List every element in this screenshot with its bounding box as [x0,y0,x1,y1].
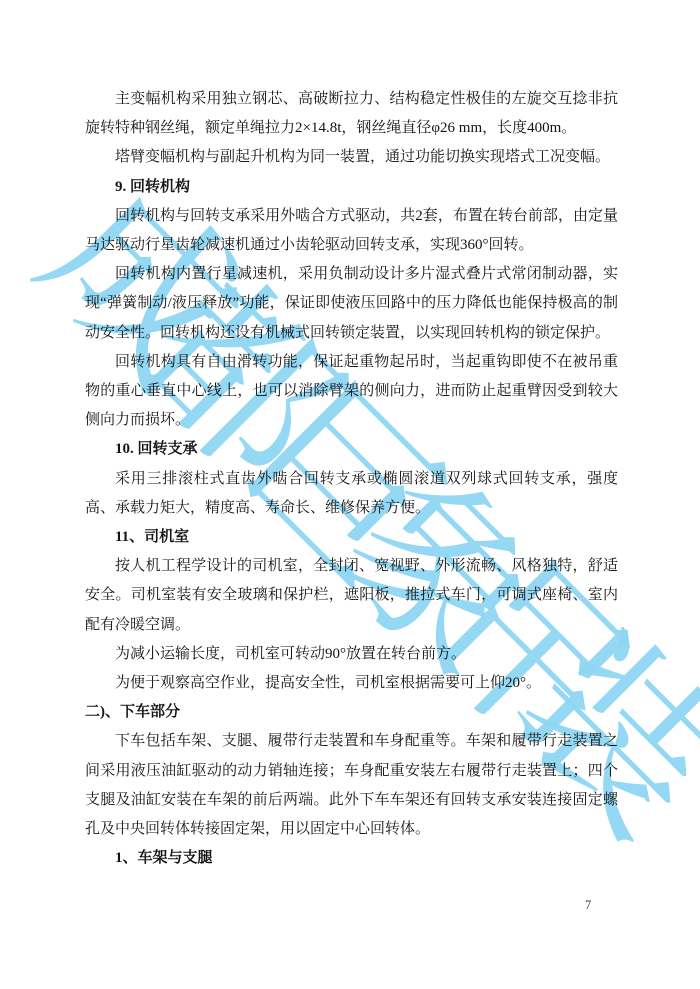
paragraph-cab-rotate: 为减小运输长度，司机室可转动90°放置在转台前方。 [85,640,618,669]
paragraph-jib-luffing: 塔臂变幅机构与副起升机构为同一装置，通过功能切换实现塔式工况变幅。 [85,143,618,172]
paragraph-free-slewing: 回转机构具有自由滑转功能，保证起重物起吊时，当起重钩即使不在被吊重物的重心垂直中… [85,348,618,436]
paragraph-luffing-rope: 主变幅机构采用独立钢芯、高破断拉力、结构稳定性极佳的左旋交互捻非抗旋转特种钢丝绳… [85,85,618,143]
paragraph-slewing-brake: 回转机构内置行星减速机，采用负制动设计多片湿式叠片式常闭制动器，实现“弹簧制动/… [85,260,618,348]
heading-slewing-bearing: 10. 回转支承 [85,435,618,464]
page-number: 7 [585,898,591,913]
paragraph-cab-design: 按人机工程学设计的司机室，全封闭、宽视野、外形流畅、风格独特，舒适安全。司机室装… [85,552,618,640]
paragraph-bearing-types: 采用三排滚柱式直齿外啮合回转支承或椭圆滚道双列球式回转支承，强度高、承载力矩大，… [85,465,618,523]
paragraph-slewing-drive: 回转机构与回转支承采用外啮合方式驱动，共2套，布置在转台前部，由定量马达驱动行星… [85,202,618,260]
heading-slewing-mechanism: 9. 回转机构 [85,173,618,202]
heading-operator-cab: 11、司机室 [85,523,618,552]
document-page: 成 都 巨 象 吊 装 主变幅机构采用独立钢芯、高破断拉力、结构稳定性极佳的左旋… [0,0,700,989]
paragraph-carriage-components: 下车包括车架、支腿、履带行走装置和车身配重等。车架和履带行走装置之间采用液压油缸… [85,727,618,844]
heading-lower-carriage: 二)、下车部分 [85,698,618,727]
paragraph-cab-tilt: 为便于观察高空作业，提高安全性，司机室根据需要可上仰20°。 [85,669,618,698]
heading-frame-outriggers: 1、车架与支腿 [85,844,618,873]
document-body: 主变幅机构采用独立钢芯、高破断拉力、结构稳定性极佳的左旋交互捻非抗旋转特种钢丝绳… [85,85,618,873]
